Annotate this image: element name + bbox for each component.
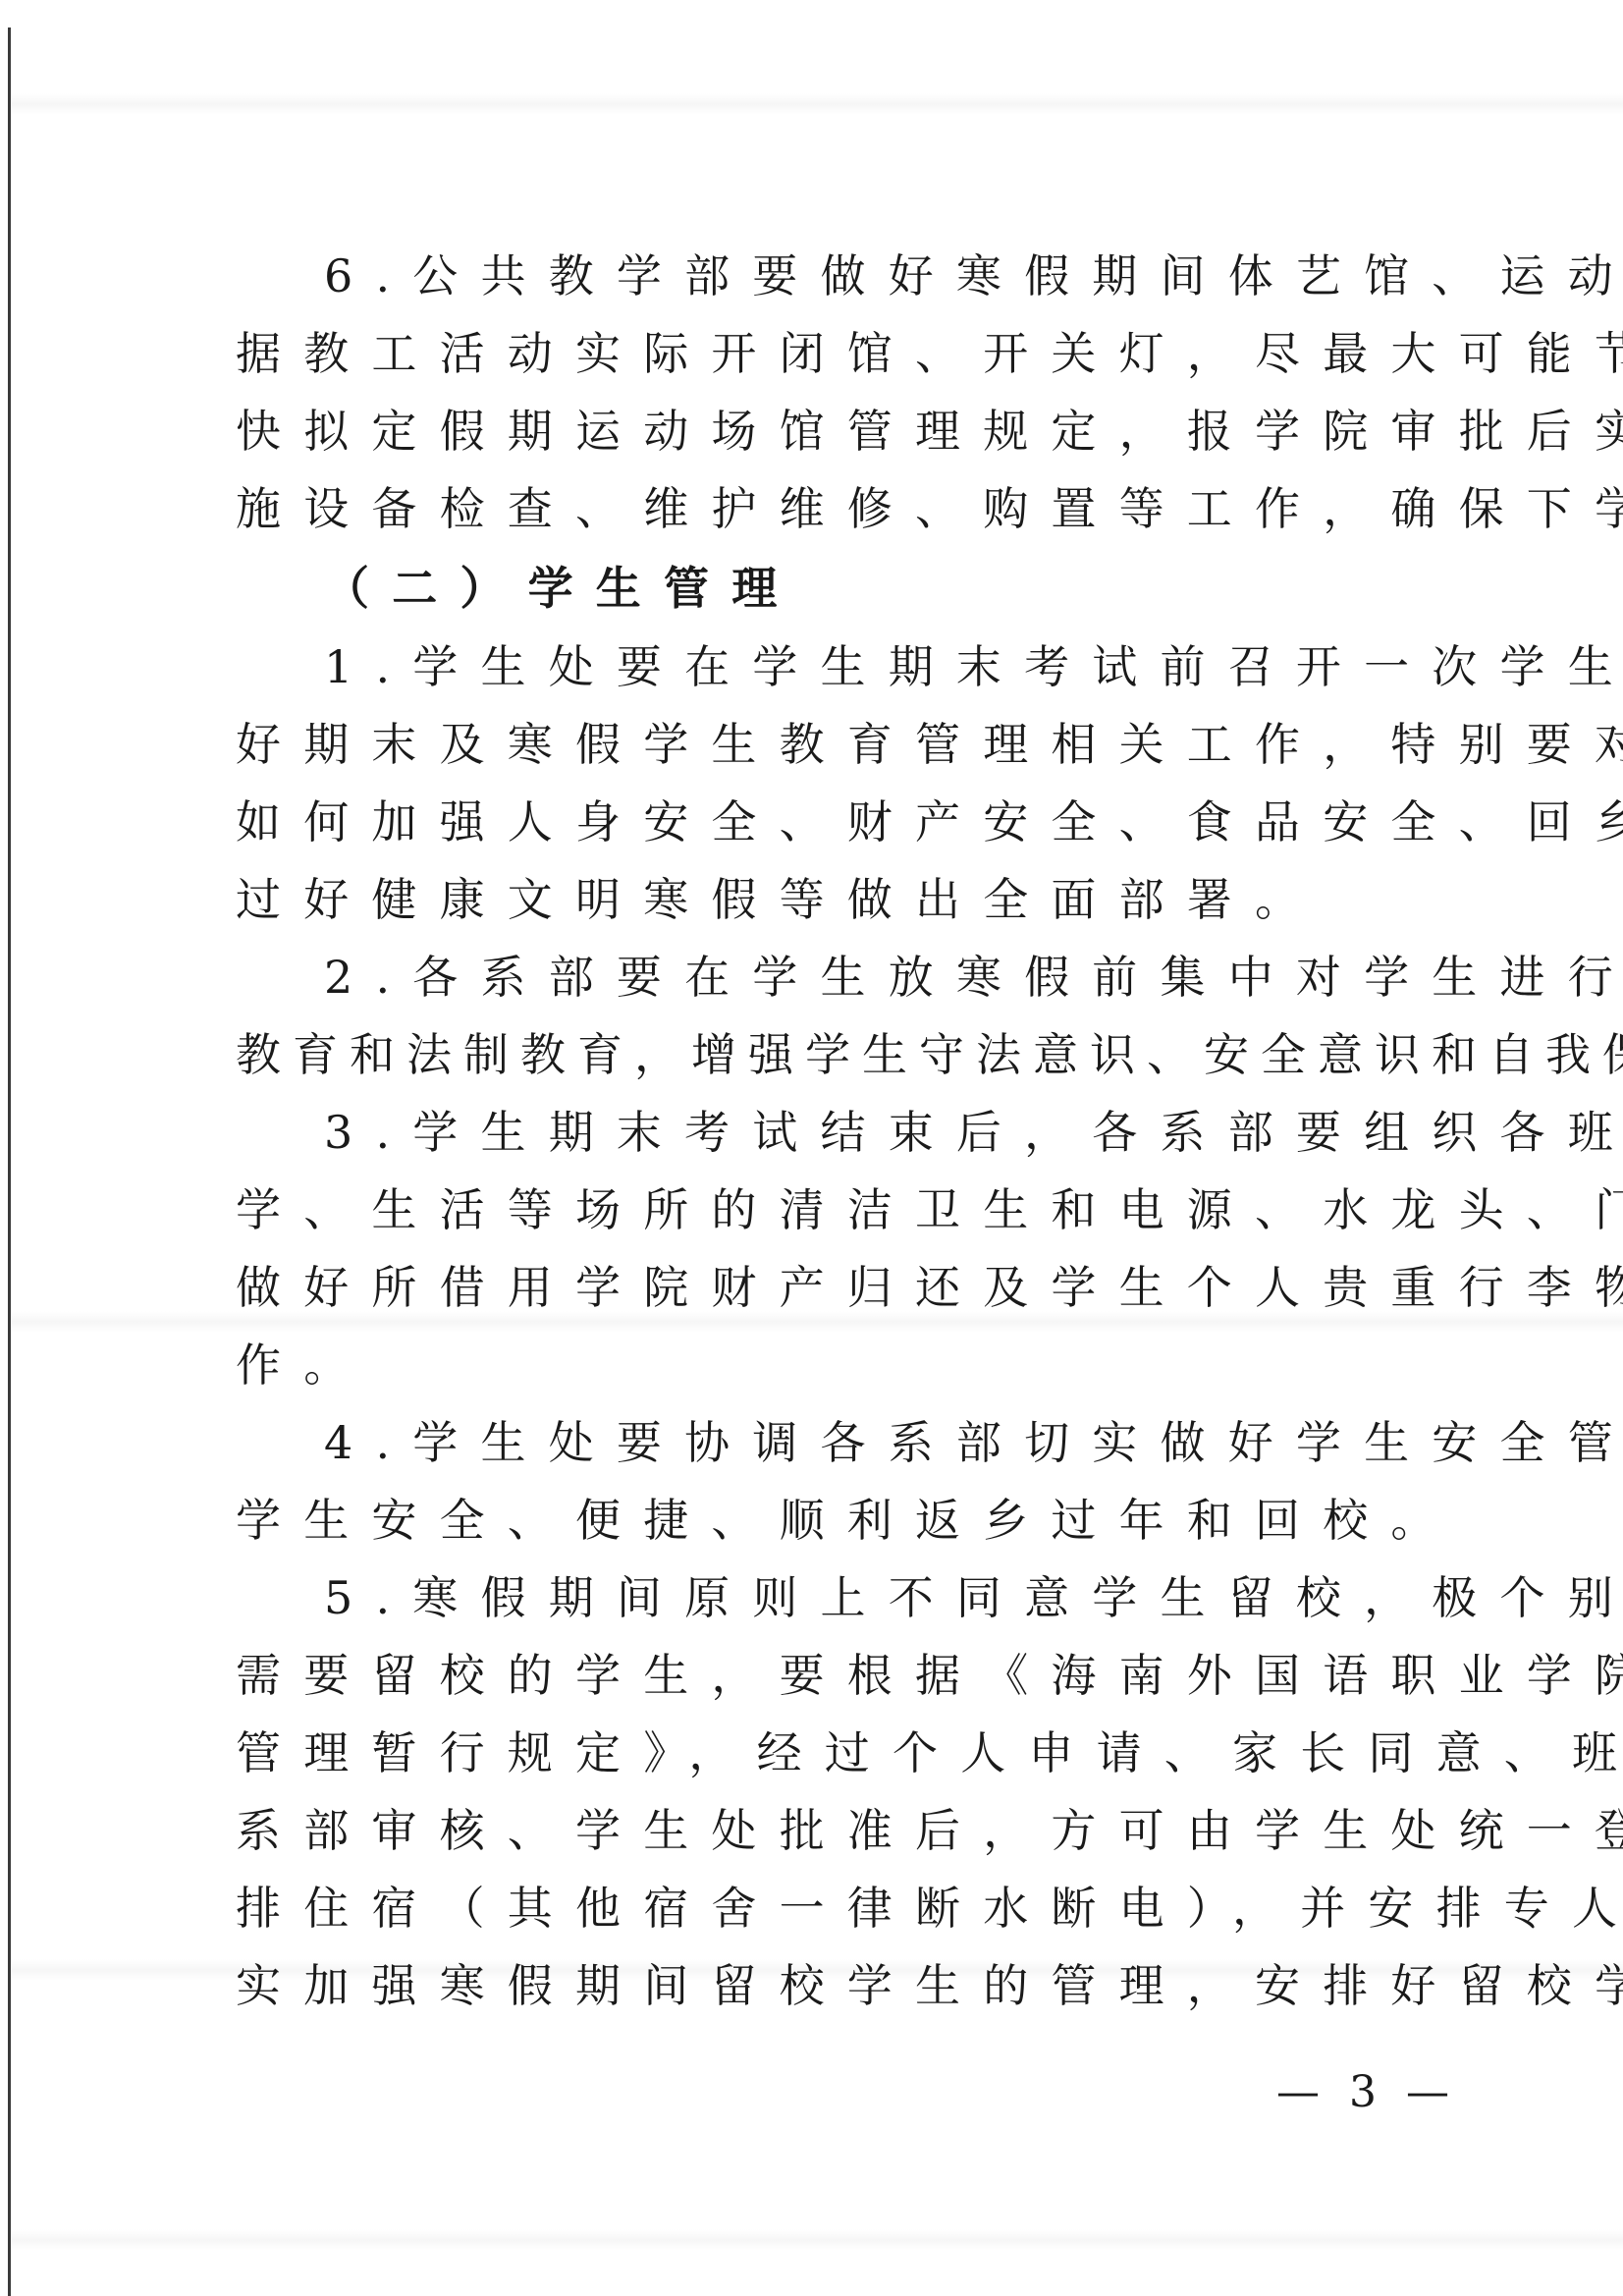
student-item-2: 2.各系部要在学生放寒假前集中对学生进行一次安全知识 教育和法制教育，增强学生守… [236,939,1463,1094]
text-line: 好期末及寒假学生教育管理相关工作，特别要对学生在寒假期间 [236,706,1463,784]
text-line: 排住宿（其他宿舍一律断水断电），并安排专人进行管理；要切 [236,1870,1463,1947]
text-line: 系部审核、学生处批准后，方可由学生处统一登记并予以集中安 [236,1792,1463,1870]
paragraph-6: 6.公共教学部要做好寒假期间体艺馆、运动场管理工作，根 据教工活动实际开闭馆、开… [236,238,1463,548]
scan-artifact-band [12,93,1623,115]
text-line: 作。 [236,1327,1463,1404]
document-body: 6.公共教学部要做好寒假期间体艺馆、运动场管理工作，根 据教工活动实际开闭馆、开… [236,238,1463,2025]
scan-artifact-band [12,2229,1623,2251]
text-line: 4.学生处要协调各系部切实做好学生安全管理等工作，确保 [236,1404,1463,1482]
section-heading: （二）学生管理 [236,548,1463,629]
scan-edge-rule [8,27,11,2296]
student-item-3: 3.学生期末考试结束后，各系部要组织各班学生做好所属教 学、生活等场所的清洁卫生… [236,1094,1463,1404]
text-line: 5.寒假期间原则上不同意学生留校，极个别因特殊原因确实 [236,1559,1463,1637]
text-line: 1.学生处要在学生期末考试前召开一次学生工作会议，布置 [236,629,1463,706]
text-line: 管理暂行规定》，经过个人申请、家长同意、班主任辅导员把关、 [236,1715,1463,1792]
student-item-1: 1.学生处要在学生期末考试前召开一次学生工作会议，布置 好期末及寒假学生教育管理… [236,629,1463,939]
text-line: 需要留校的学生，要根据《海南外国语职业学院寒暑假学生安全 [236,1637,1463,1715]
text-line: 实加强寒假期间留校学生的管理，安排好留校学生寒假生活以及 [236,1947,1463,2025]
text-line: 教育和法制教育，增强学生守法意识、安全意识和自我保护意识。 [236,1016,1463,1094]
student-item-4: 4.学生处要协调各系部切实做好学生安全管理等工作，确保 学生安全、便捷、顺利返乡… [236,1404,1463,1559]
text-line: 6.公共教学部要做好寒假期间体艺馆、运动场管理工作，根 [236,238,1463,315]
text-line: 3.学生期末考试结束后，各系部要组织各班学生做好所属教 [236,1094,1463,1172]
text-line: 如何加强人身安全、财产安全、食品安全、回乡返校交通安全和 [236,784,1463,861]
text-line: 快拟定假期运动场馆管理规定，报学院审批后实行；做好体育设 [236,393,1463,470]
text-line: 过好健康文明寒假等做出全面部署。 [236,861,1463,939]
student-item-5: 5.寒假期间原则上不同意学生留校，极个别因特殊原因确实 需要留校的学生，要根据《… [236,1559,1463,2025]
text-line: 学、生活等场所的清洁卫生和电源、水龙头、门窗关闭工作，并 [236,1172,1463,1249]
text-line: 学生安全、便捷、顺利返乡过年和回校。 [236,1482,1463,1559]
text-line: 据教工活动实际开闭馆、开关灯，尽最大可能节约水电资源；尽 [236,315,1463,393]
text-line: 施设备检查、维护维修、购置等工作，确保下学期顺利开学。 [236,470,1463,548]
text-line: 做好所借用学院财产归还及学生个人贵重行李物品存放、保管工 [236,1249,1463,1327]
page-number: — 3 — [1276,2067,1457,2117]
text-line: 2.各系部要在学生放寒假前集中对学生进行一次安全知识 [236,939,1463,1016]
